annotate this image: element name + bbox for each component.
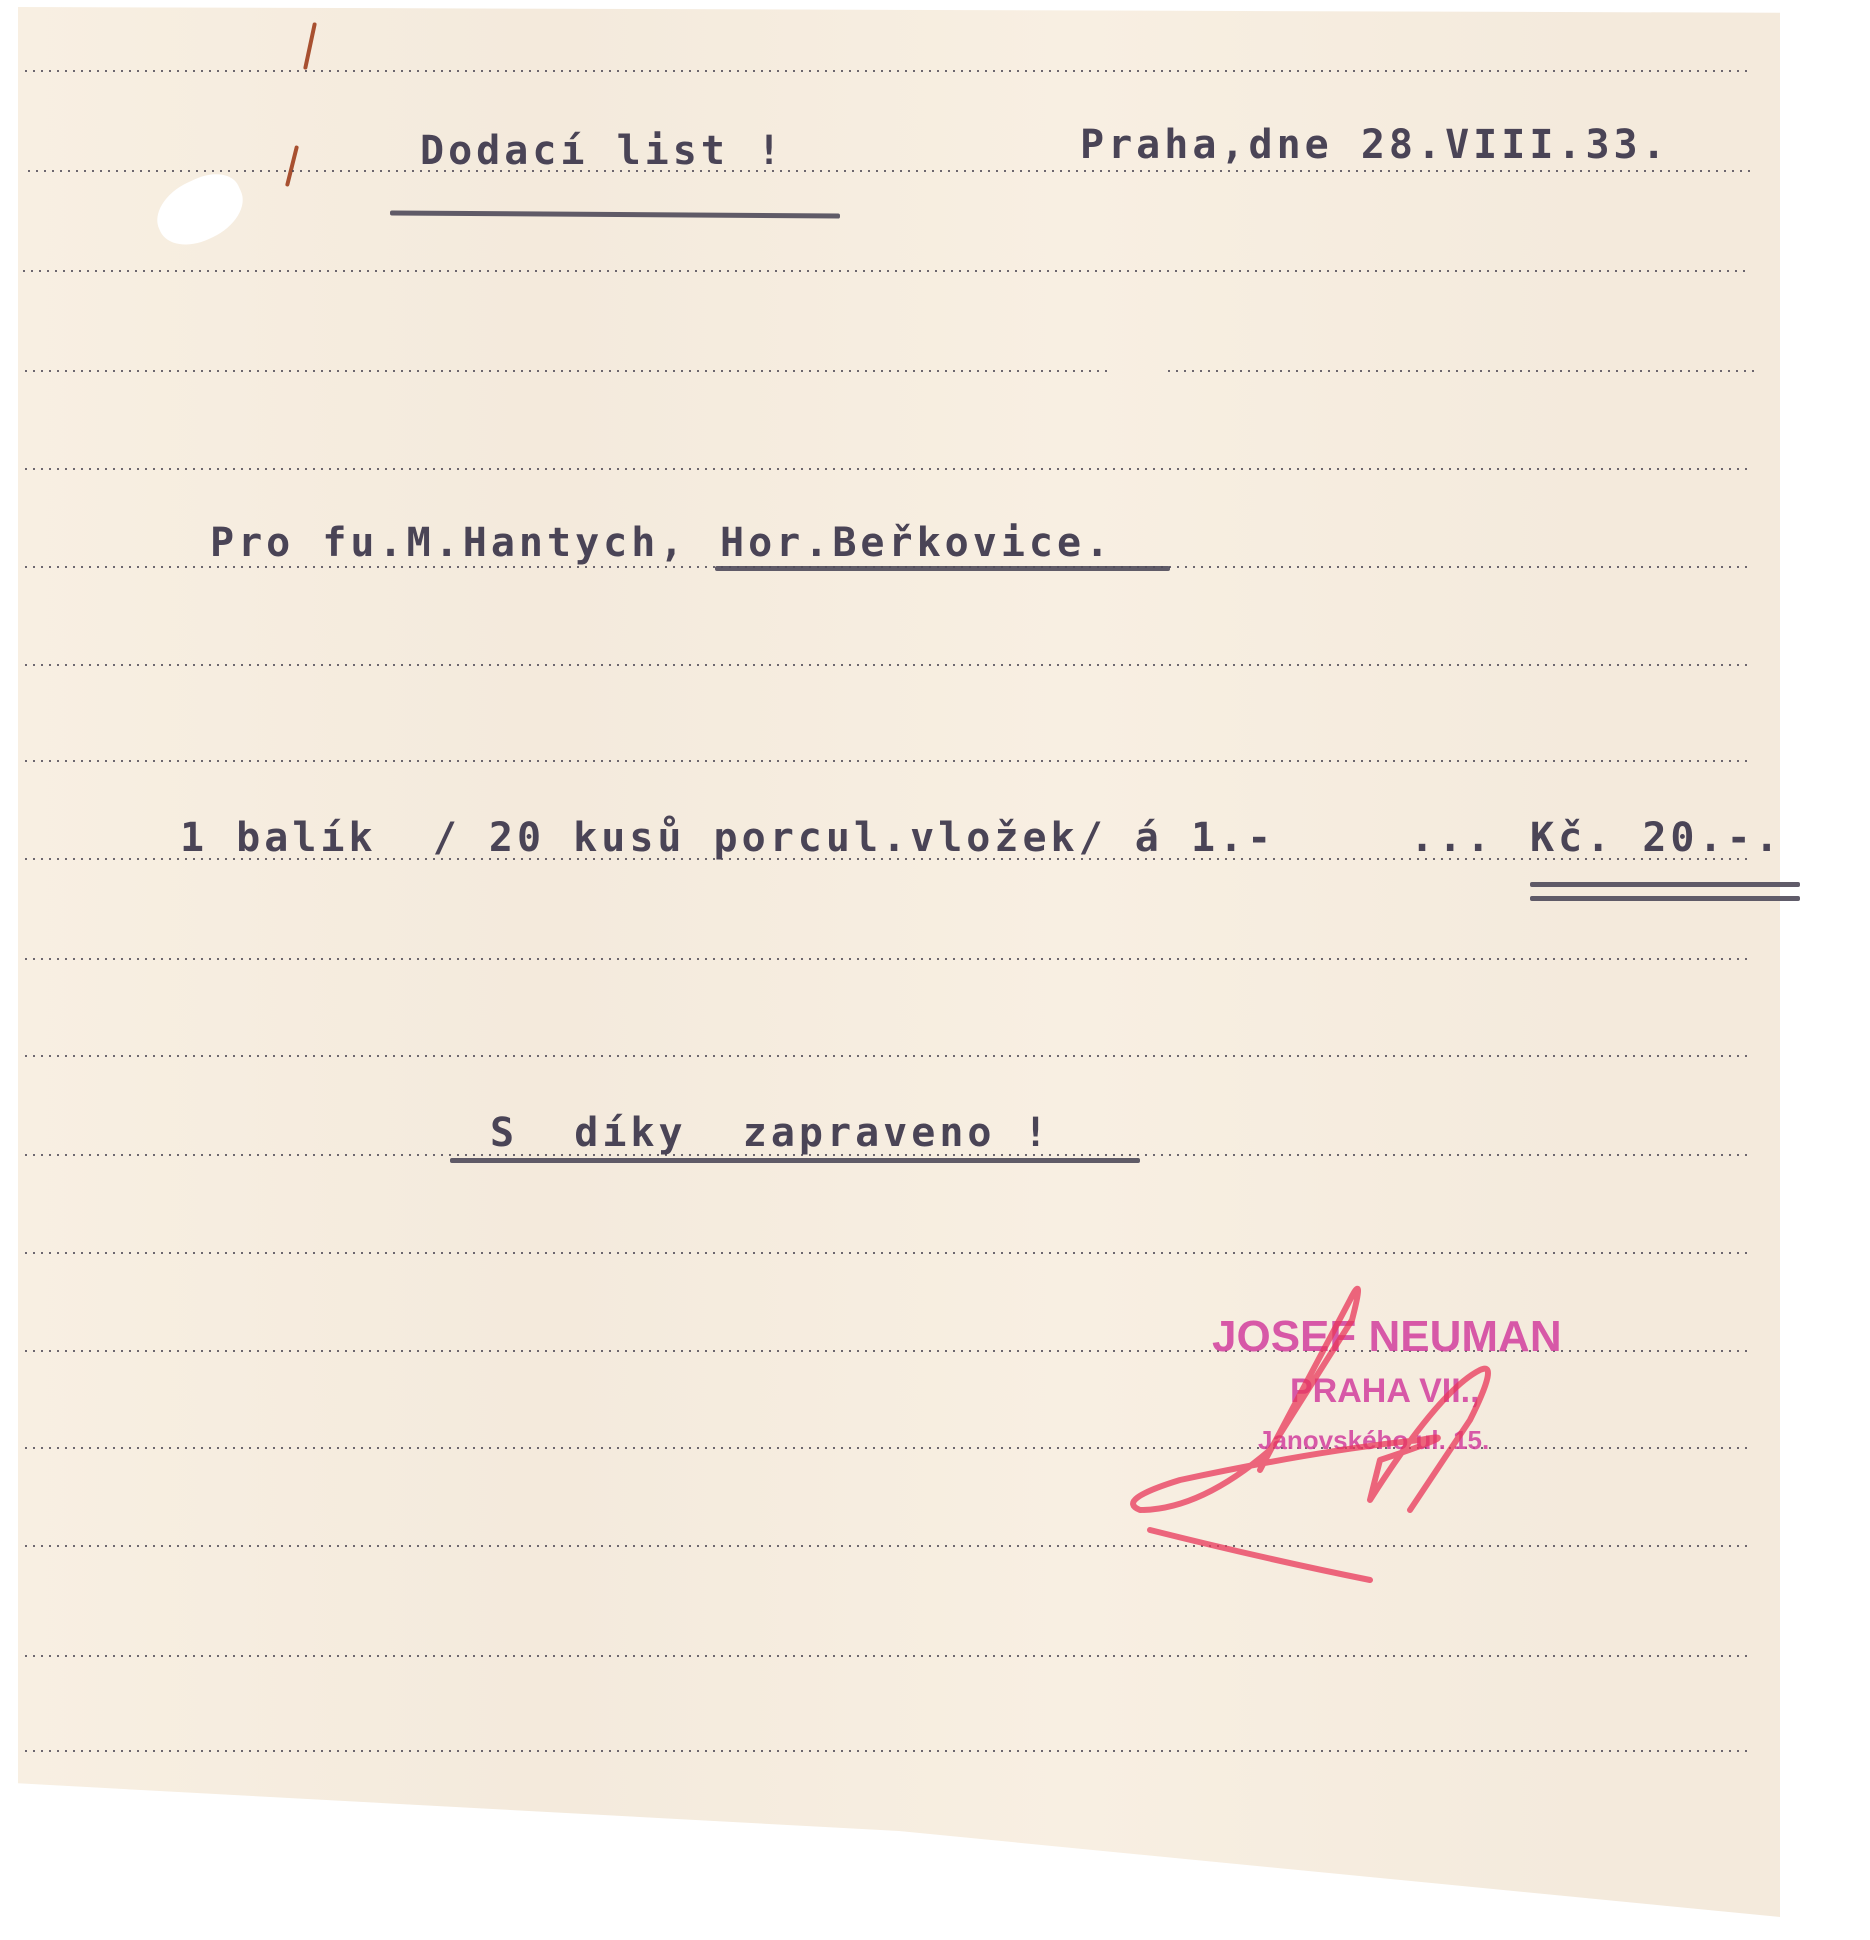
- recipient-place-underline: [715, 566, 1170, 571]
- total-double-underline-2: [1530, 896, 1800, 901]
- document-title: Dodací list !: [420, 128, 785, 174]
- recipient-name: Pro fu.M.Hantych,: [210, 520, 715, 566]
- closing-underline: [450, 1158, 1140, 1163]
- total-double-underline-1: [1530, 882, 1800, 887]
- signature: [1120, 1260, 1540, 1600]
- item-total: Kč. 20.-.: [1530, 815, 1783, 861]
- closing-note: S díky zapraveno !: [490, 1110, 1052, 1156]
- recipient-place: Hor.Beřkovice.: [720, 520, 1113, 566]
- item-line: 1 balík / 20 kusů porcul.vložek/ á 1.-: [180, 815, 1275, 861]
- item-total-dots: ...: [1410, 815, 1522, 861]
- place-date: Praha,dne 28.VIII.33.: [1080, 122, 1670, 168]
- paper-sheet: [18, 7, 1780, 1917]
